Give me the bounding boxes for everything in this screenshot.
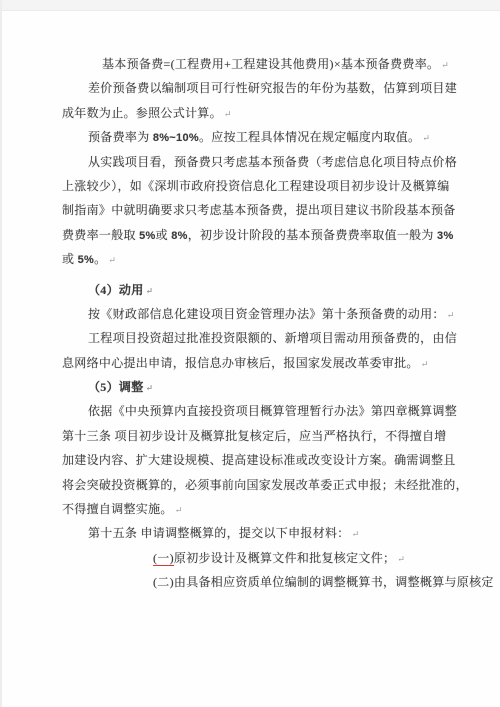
text-segment: (二)由具备相应资质单位编制的调整概算书，调整概算与原核定: [153, 575, 494, 589]
text-line: 息网络中心提出申请，报信息办审核后，报国家发展改革委审批。↵: [62, 351, 442, 375]
line-text: 依据《中央预算内直接投资项目概算管理暂行办法》第四章概算调整: [88, 404, 457, 418]
bold-number-text: 5%: [78, 254, 95, 266]
text-line: 制指南》中就明确要求只考虑基本预备费，提出项目建议书阶段基本预备: [62, 198, 442, 222]
line-text: 息网络中心提出申请，报信息办审核后，报国家发展改革委审批。: [62, 356, 419, 370]
text-segment: 第十五条 申请调整概算的，提交以下申报材料：: [88, 526, 350, 540]
text-line: 差价预备费以编制项目可行性研究报告的年份为基数，估算到项目建: [62, 76, 442, 100]
bold-number-text: 3%: [437, 230, 454, 242]
document-viewport: { "page": { "background": "#ffffff", "to…: [0, 0, 500, 707]
text-line: 第十五条 申请调整概算的，提交以下申报材料：↵: [62, 521, 442, 545]
bold-number-text: 5%: [139, 230, 156, 242]
text-segment: 基本预备费=(工程费用+工程建设其他费用)×基本预备费费率。: [102, 57, 439, 71]
text-segment: 。应按工程具体情况在规定幅度内取值。: [199, 130, 420, 144]
text-line: (二)由具备相应资质单位编制的调整概算书，调整概算与原核定: [62, 570, 442, 594]
text-segment: 成年数为止。参照公式计算。: [62, 106, 222, 120]
line-text: 加建设内容、扩大建设规模、提高建设标准或改变设计方案。确需调整且: [62, 453, 456, 467]
text-segment: 加建设内容、扩大建设规模、提高建设标准或改变设计方案。确需调整且: [62, 453, 456, 467]
text-line: 基本预备费=(工程费用+工程建设其他费用)×基本预备费费率。↵: [62, 52, 442, 76]
line-text: 上涨较少），如《深圳市政府投资信息化工程建设项目初步设计及概算编: [62, 179, 450, 193]
paragraph-mark: ↵: [224, 109, 232, 119]
paragraph-mark: ↵: [421, 359, 429, 369]
text-segment: 或: [62, 252, 78, 266]
text-line: (一)原初步设计及概算文件和批复核定文件；↵: [62, 546, 442, 570]
line-text: 从实践项目看，预备费只考虑基本预备费（考虑信息化项目特点价格: [88, 155, 457, 169]
text-line: （4）动用↵: [62, 278, 442, 302]
text-line: 依据《中央预算内直接投资项目概算管理暂行办法》第四章概算调整: [62, 399, 442, 423]
text-segment: 不得擅自调整实施。: [62, 502, 173, 516]
text-line: 不得擅自调整实施。↵: [62, 497, 442, 521]
paragraph-mark: ↵: [422, 133, 430, 143]
line-text: 费费率一般取 5%或 8%，初步设计阶段的基本预备费费率取值一般为 3%: [62, 228, 454, 242]
text-line: 从实践项目看，预备费只考虑基本预备费（考虑信息化项目特点价格: [62, 150, 442, 174]
text-segment: 工程项目投资超过批准投资限额的、新增项目需动用预备费的，由信: [88, 331, 457, 345]
text-line: 第十三条 项目初步设计及概算批复核定后，应当严格执行，不得擅自增: [62, 424, 442, 448]
text-segment: 差价预备费以编制项目可行性研究报告的年份为基数，估算到项目建: [88, 81, 457, 95]
text-segment: ，初步设计阶段的基本预备费费率取值一般为: [188, 228, 437, 242]
text-segment: 原初步设计及概算文件和批复核定文件；: [174, 551, 395, 565]
window-top-band: [0, 0, 500, 11]
text-segment: 息网络中心提出申请，报信息办审核后，报国家发展改革委审批。: [62, 356, 419, 370]
bold-number-text: 8%: [171, 230, 188, 242]
line-text: （5）调整: [88, 380, 144, 394]
line-text: （4）动用: [88, 283, 144, 297]
text-segment: 将会突破投资概算的，必须事前向国家发展改革委正式申报；未经批准的，: [62, 478, 468, 492]
paragraph-mark: ↵: [146, 286, 154, 296]
line-text: (二)由具备相应资质单位编制的调整概算书，调整概算与原核定: [153, 575, 494, 589]
text-segment: 依据《中央预算内直接投资项目概算管理暂行办法》第四章概算调整: [88, 404, 457, 418]
line-text: (一)原初步设计及概算文件和批复核定文件；: [153, 551, 395, 567]
text-segment: 制指南》中就明确要求只考虑基本预备费，提出项目建议书阶段基本预备: [62, 203, 456, 217]
line-text: 或 5%。: [62, 252, 106, 266]
text-line: 按《财政部信息化建设项目资金管理办法》第十条预备费的动用：↵: [62, 302, 442, 326]
red-underlined-text: (一): [153, 551, 174, 567]
line-text: 工程项目投资超过批准投资限额的、新增项目需动用预备费的，由信: [88, 331, 457, 345]
text-line: 工程项目投资超过批准投资限额的、新增项目需动用预备费的，由信: [62, 326, 442, 350]
text-segment: 或: [156, 228, 172, 242]
text-segment: 费费率一般取: [62, 228, 139, 242]
line-text: 差价预备费以编制项目可行性研究报告的年份为基数，估算到项目建: [88, 81, 457, 95]
text-line: 或 5%。↵: [62, 247, 442, 271]
text-segment: 预备费率为: [88, 130, 153, 144]
text-segment: 上涨较少），如《深圳市政府投资信息化工程建设项目初步设计及概算编: [62, 179, 450, 193]
line-text: 第十五条 申请调整概算的，提交以下申报材料：: [88, 526, 350, 540]
text-segment: （4）动用: [88, 283, 144, 297]
text-segment: 按《财政部信息化建设项目资金管理办法》第十条预备费的动用：: [88, 307, 445, 321]
text-line: 预备费率为 8%~10%。应按工程具体情况在规定幅度内取值。↵: [62, 125, 442, 149]
document-page: 基本预备费=(工程费用+工程建设其他费用)×基本预备费费率。↵ 差价预备费以编制…: [2, 11, 500, 707]
text-segment: 从实践项目看，预备费只考虑基本预备费（考虑信息化项目特点价格: [88, 155, 457, 169]
line-text: 第十三条 项目初步设计及概算批复核定后，应当严格执行，不得擅自增: [62, 429, 447, 443]
paragraph-mark: ↵: [352, 529, 360, 539]
paragraph-mark: ↵: [397, 554, 405, 564]
line-text: 按《财政部信息化建设项目资金管理办法》第十条预备费的动用：: [88, 307, 445, 321]
paragraph-mark: ↵: [108, 255, 116, 265]
text-line: 将会突破投资概算的，必须事前向国家发展改革委正式申报；未经批准的，: [62, 473, 442, 497]
line-text: 基本预备费=(工程费用+工程建设其他费用)×基本预备费费率。: [102, 57, 439, 71]
text-segment: 。: [94, 252, 106, 266]
text-segment: （5）调整: [88, 380, 144, 394]
line-text: 将会突破投资概算的，必须事前向国家发展改革委正式申报；未经批准的，: [62, 478, 468, 492]
text-line: （5）调整↵: [62, 375, 442, 399]
text-segment: 第十三条 项目初步设计及概算批复核定后，应当严格执行，不得擅自增: [62, 429, 447, 443]
paragraph-mark: ↵: [146, 383, 154, 393]
line-text: 预备费率为 8%~10%。应按工程具体情况在规定幅度内取值。: [88, 130, 420, 144]
paragraph-mark: ↵: [175, 505, 183, 515]
line-text: 不得擅自调整实施。: [62, 502, 173, 516]
document-body: 基本预备费=(工程费用+工程建设其他费用)×基本预备费费率。↵ 差价预备费以编制…: [62, 52, 442, 595]
line-text: 成年数为止。参照公式计算。: [62, 106, 222, 120]
text-line: 上涨较少），如《深圳市政府投资信息化工程建设项目初步设计及概算编: [62, 174, 442, 198]
text-line: 成年数为止。参照公式计算。↵: [62, 101, 442, 125]
text-line: 费费率一般取 5%或 8%，初步设计阶段的基本预备费费率取值一般为 3%: [62, 223, 442, 247]
paragraph-mark: ↵: [441, 60, 449, 70]
bold-number-text: 8%~10%: [153, 132, 199, 144]
text-line: 加建设内容、扩大建设规模、提高建设标准或改变设计方案。确需调整且: [62, 448, 442, 472]
paragraph-mark: ↵: [447, 310, 455, 320]
line-text: 制指南》中就明确要求只考虑基本预备费，提出项目建议书阶段基本预备: [62, 203, 456, 217]
